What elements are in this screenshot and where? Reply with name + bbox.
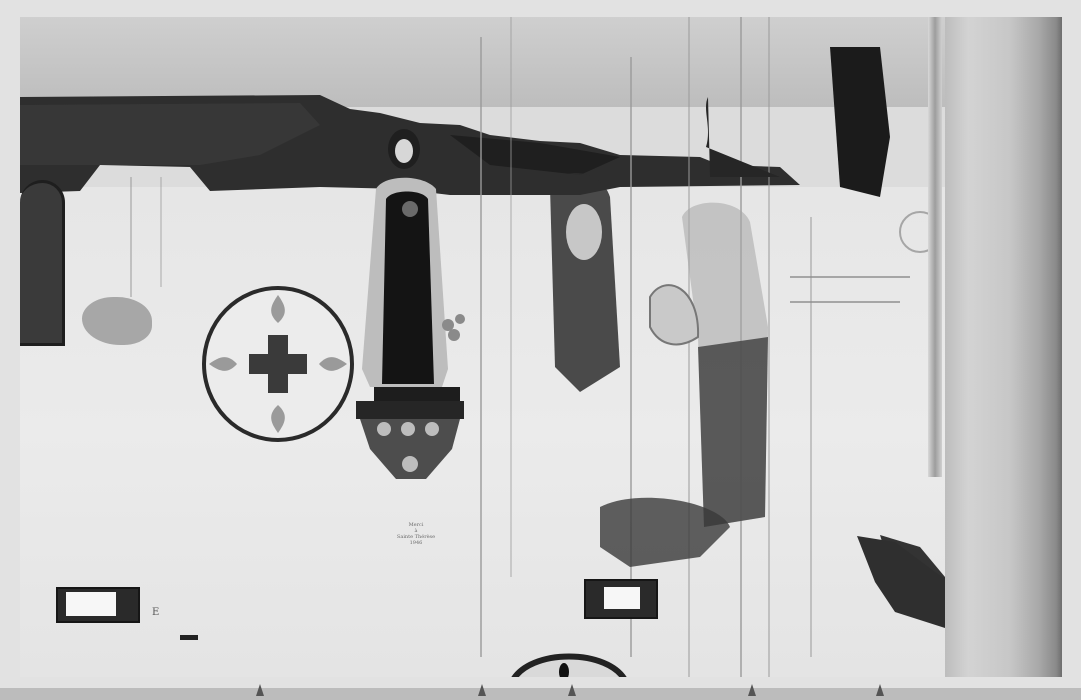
photograph: E Merci à Sainte Thérèse 1946 xyxy=(20,17,1062,677)
fresco-figures xyxy=(450,47,950,607)
consecration-cross-roundel xyxy=(201,285,355,443)
candle-spike xyxy=(568,684,576,696)
wall-plaque-left xyxy=(56,587,140,623)
stone-column xyxy=(945,17,1062,677)
candle-spike xyxy=(748,684,756,696)
candle-spike xyxy=(256,684,264,696)
painted-mark: E xyxy=(152,607,159,618)
candle-spike xyxy=(876,684,884,696)
column-shaft-edge xyxy=(928,17,942,477)
small-dark-tab xyxy=(180,635,198,640)
arched-niche-left xyxy=(20,180,65,346)
arched-object-bottom xyxy=(508,642,630,677)
exvoto-plaque: Merci à Sainte Thérèse 1946 xyxy=(393,522,439,552)
exvoto-line-4: 1946 xyxy=(393,540,439,546)
wall-plaque-center xyxy=(584,579,658,619)
bottom-border-strip xyxy=(0,688,1081,700)
candle-spike xyxy=(478,684,486,696)
